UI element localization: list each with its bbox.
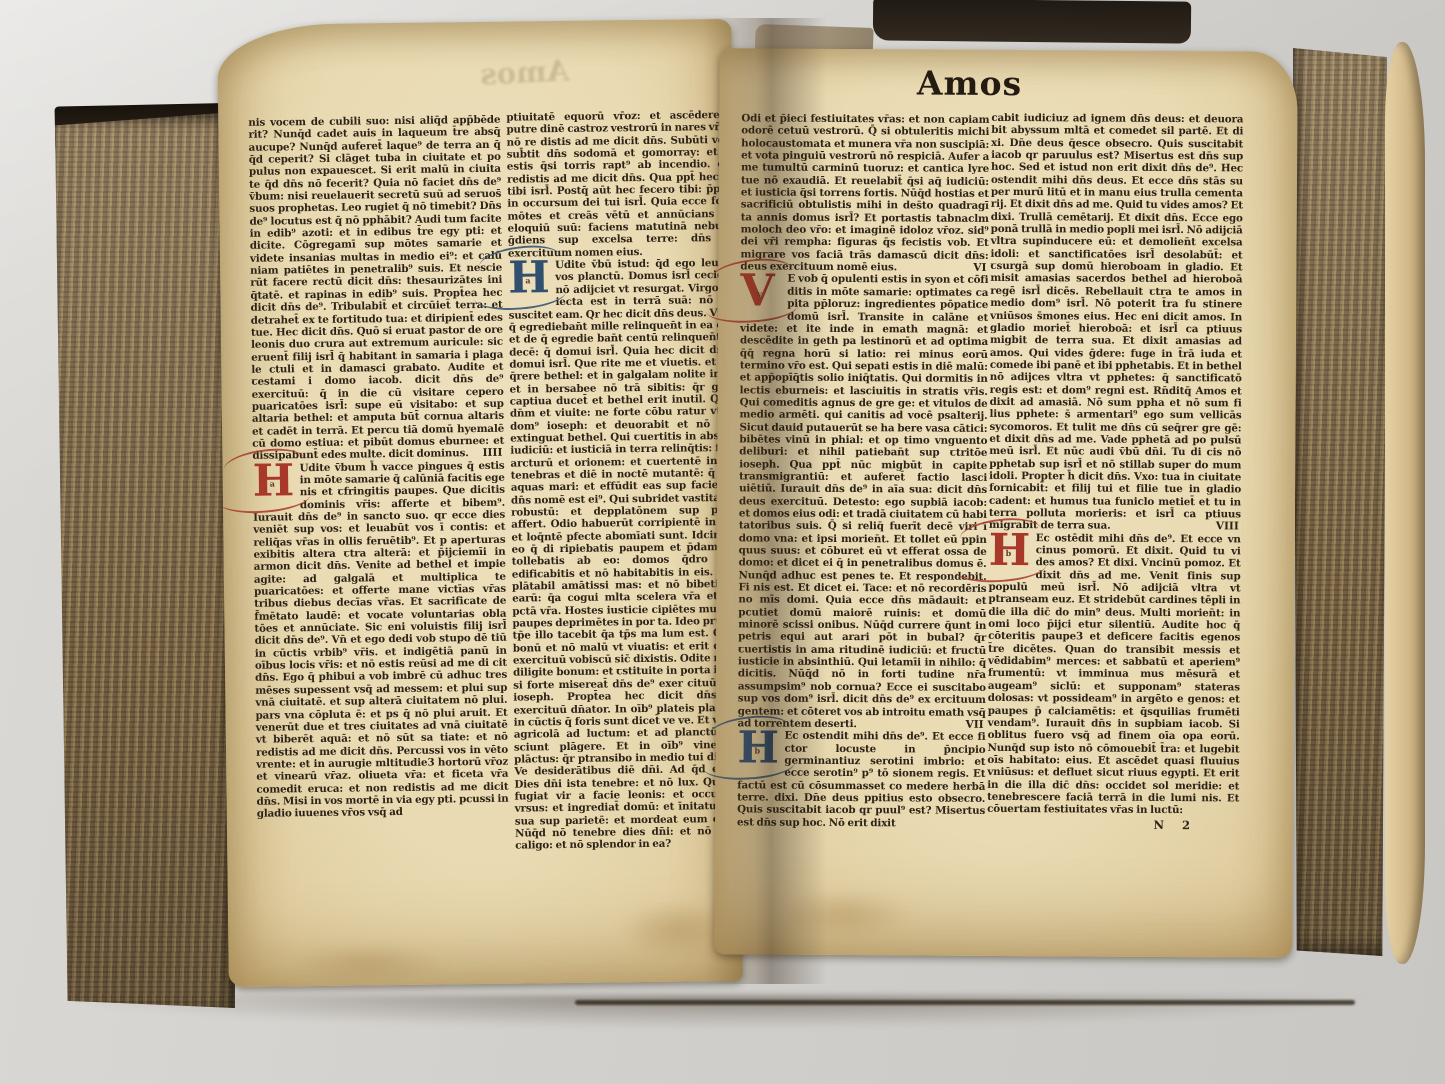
body-text: H b Ec ostendit mihi dn̄s de⁹. Et ecce f… <box>737 730 986 830</box>
initial-guide-letter: a <box>270 477 275 489</box>
body-text: ptiuitatē equorū vr̄oz: et ascēdere feci… <box>506 109 751 260</box>
initial-guide-letter: b <box>1006 547 1012 559</box>
body-text: V v E vob q̄ opulenti estis in syon et c… <box>738 273 989 731</box>
initial-guide-letter: v <box>757 288 762 300</box>
text-block-chapter-7: VII H b Ec ostendit mihi dn̄s de⁹. Et ec… <box>737 730 986 830</box>
left-page: Amos nis vocem de cubili suo: nisi aliq̄… <box>217 19 743 987</box>
text-column-right-2: cabit iudiciuz ad ignem dn̄s deus: et de… <box>987 112 1244 914</box>
block-text: E vob q̄ opulenti estis in syon et cōfi … <box>738 273 989 730</box>
chapter-numeral: IIII <box>482 447 502 459</box>
text-block: nis vocem de cubili suo: nisi aliq̄d app… <box>248 114 504 463</box>
text-column-right-1: Odi et p̄ieci festiuitates vr̄as: et non… <box>737 112 990 898</box>
page-stain <box>288 942 448 984</box>
chapter-numeral: VI <box>973 262 986 274</box>
text-block-chapter-6: VI V v E vob q̄ opulenti estis in syon e… <box>738 273 989 731</box>
illuminated-initial: H a <box>508 261 550 299</box>
body-text: Odi et p̄ieci festiuitates vr̄as: et non… <box>740 112 989 274</box>
illuminated-initial: V v <box>740 275 782 312</box>
chapter-numeral: VII <box>965 719 983 731</box>
bottom-board-edge <box>575 1000 1355 1005</box>
body-text: H a Udite v̄bum h̄ vacce pingues q̄ esti… <box>252 459 508 820</box>
initial-guide-letter: a <box>525 274 530 286</box>
show-through-running-head: Amos <box>439 51 610 93</box>
cover-edge-right <box>1385 42 1425 964</box>
binding-top-edge <box>873 0 1191 44</box>
open-book: Amos nis vocem de cubili suo: nisi aliq̄… <box>55 0 1427 1012</box>
fore-edge-right <box>1293 48 1387 956</box>
text-block: ptiuitatē equorū vr̄oz: et ascēdere feci… <box>506 109 751 260</box>
chapter-numeral: VIII <box>1216 521 1239 533</box>
text-block-chapter-8: VIII H b Ec ostēdit mihi dn̄s de⁹. Et ec… <box>987 532 1241 817</box>
fore-edge-left <box>55 112 235 1008</box>
illuminated-initial: H b <box>989 534 1031 571</box>
photo-scene: Amos nis vocem de cubili suo: nisi aliq̄… <box>0 0 1445 1084</box>
text-block: cabit iudiciuz ad ignem dn̄s deus: et de… <box>989 112 1244 533</box>
running-head: Amos <box>869 63 1069 103</box>
body-text: H b Ec ostēdit mihi dn̄s de⁹. Et ecce vn… <box>987 532 1241 817</box>
block-text: Udite v̄bum h̄ vacce pingues q̄ estis in… <box>253 459 509 820</box>
illuminated-initial: H b <box>737 732 779 769</box>
body-text: nis vocem de cubili suo: nisi aliq̄d app… <box>248 114 504 463</box>
illuminated-initial: H a <box>253 464 295 502</box>
text-column-left-1: nis vocem de cubili suo: nisi aliq̄d app… <box>248 114 510 899</box>
initial-guide-letter: b <box>754 745 760 757</box>
signature-mark: N 2 <box>987 816 1239 832</box>
text-block: Odi et p̄ieci festiuitates vr̄as: et non… <box>740 112 989 274</box>
right-page: Amos Odi et p̄ieci festiuitates vr̄as: e… <box>714 48 1298 958</box>
text-block-chapter-4: IIII H a Udite v̄bum h̄ vacce pingues q̄… <box>252 459 508 820</box>
body-text: cabit iudiciuz ad ignem dn̄s deus: et de… <box>989 112 1244 533</box>
